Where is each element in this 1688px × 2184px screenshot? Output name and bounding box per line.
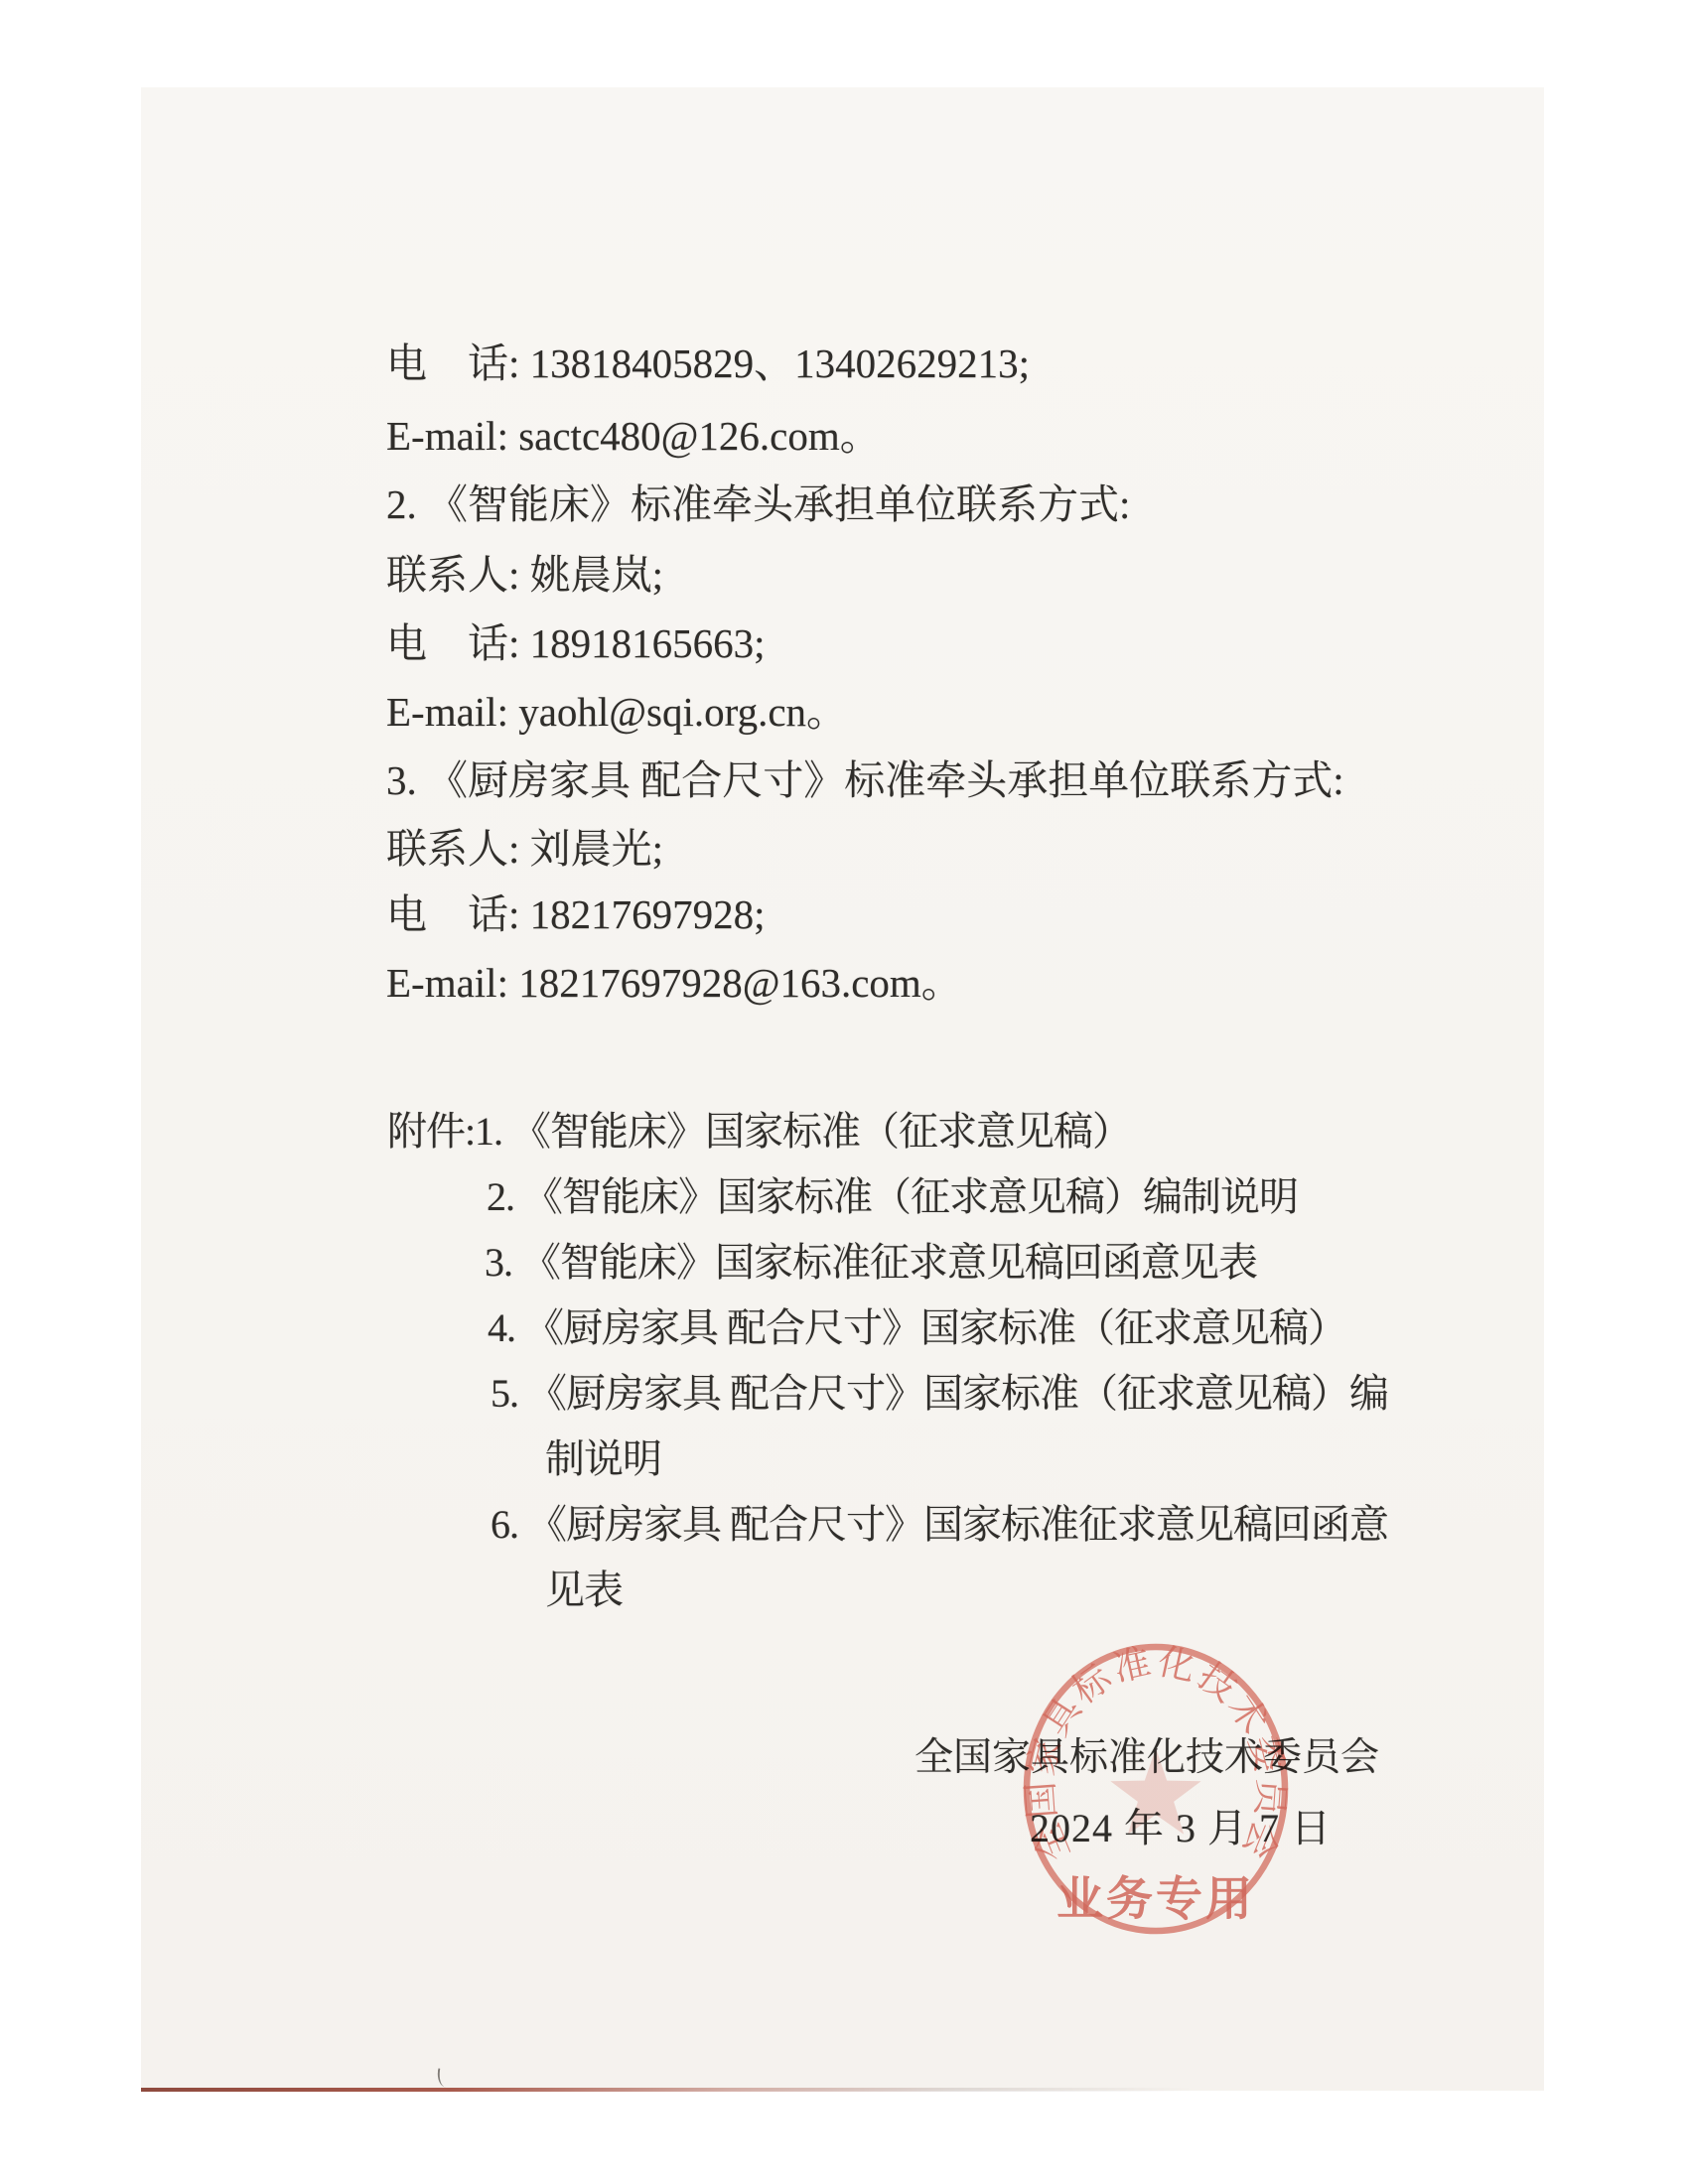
- section-heading-3: 3. 《厨房家具 配合尺寸》标准牵头承担单位联系方式:: [386, 754, 1344, 806]
- attachments-label: 附件:: [387, 1106, 475, 1158]
- attachment-item-4: 4. 《厨房家具 配合尺寸》国家标准（征求意见稿）: [488, 1302, 1346, 1354]
- attachment-item-3: 3. 《智能床》国家标准征求意见稿回函意见表: [485, 1237, 1257, 1289]
- contact-line-phone-2: 电 话: 18918165663;: [386, 617, 766, 669]
- attachment-item-6-continued: 见表: [545, 1565, 623, 1616]
- contact-line-person-2: 联系人: 姚晨岚;: [386, 549, 663, 601]
- attachment-item-5: 5. 《厨房家具 配合尺寸》国家标准（征求意见稿）编: [491, 1368, 1388, 1420]
- scanned-document-page: 电 话: 13818405829、13402629213; E-mail: sa…: [0, 0, 1688, 2184]
- contact-line-phone-3: 电 话: 18217697928;: [386, 888, 766, 940]
- attachment-item-5-continued: 制说明: [545, 1433, 661, 1485]
- contact-line-email-2: E-mail: yaohl@sqi.org.cn。: [386, 686, 847, 738]
- stamp-star-icon: [1110, 1748, 1200, 1835]
- attachment-item-1: 1. 《智能床》国家标准（征求意见稿）: [475, 1106, 1131, 1158]
- attachment-item-2: 2. 《智能床》国家标准（征求意见稿）编制说明: [487, 1171, 1298, 1223]
- paper-bottom-edge: [141, 2088, 1544, 2092]
- contact-line-phone-1: 电 话: 13818405829、13402629213;: [386, 338, 1030, 389]
- official-seal-stamp: 全国家具标准化技术委员会 业务专用: [1007, 1637, 1305, 1941]
- stamp-bottom-text: 业务专用: [1056, 1874, 1255, 1926]
- attachment-item-6: 6. 《厨房家具 配合尺寸》国家标准征求意见稿回函意: [491, 1499, 1388, 1551]
- contact-line-email-1: E-mail: sactc480@126.com。: [386, 410, 881, 462]
- contact-line-email-3: E-mail: 18217697928@163.com。: [386, 957, 962, 1009]
- section-heading-2: 2. 《智能床》标准牵头承担单位联系方式:: [386, 478, 1130, 530]
- contact-line-person-3: 联系人: 刘晨光;: [386, 823, 663, 875]
